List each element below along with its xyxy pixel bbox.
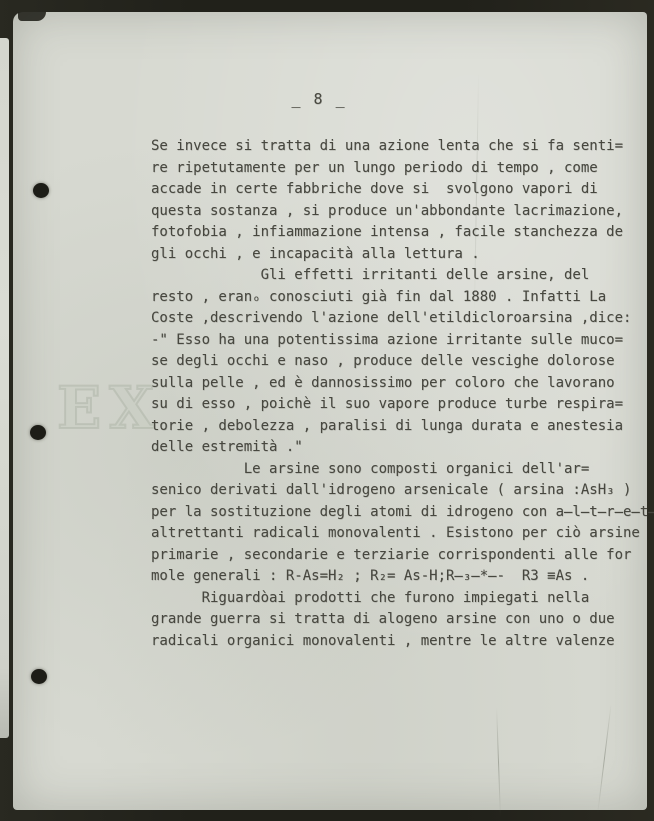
text-line: altrettanti radicali monovalenti . Esist… (151, 523, 654, 545)
scan-background: EX _ 8 _ Se invece si tratta di una azio… (0, 0, 654, 821)
paper-crease (597, 702, 612, 813)
text-line: torie , debolezza , paralisi di lunga du… (151, 416, 654, 438)
punch-hole (33, 183, 49, 198)
text-line: gli occhi , e incapacità alla lettura . (151, 244, 654, 266)
adjacent-page-edge (0, 38, 9, 738)
text-line: radicali organici monovalenti , mentre l… (151, 631, 654, 653)
text-line: questa sostanza , si produce un'abbondan… (151, 201, 654, 223)
typewritten-text: Se invece si tratta di una azione lenta … (151, 136, 654, 652)
text-line: delle estremità ." (151, 437, 654, 459)
paper: EX _ 8 _ Se invece si tratta di una azio… (13, 12, 647, 810)
text-line: Coste ,descrivendo l'azione dell'etildic… (151, 308, 654, 330)
text-line: mole generali : R-As=H₂ ; R₂= As-H;R̶₃̶*… (151, 566, 654, 588)
text-line: grande guerra si tratta di alogeno arsin… (151, 609, 654, 631)
page-number: _ 8 _ (259, 90, 379, 108)
text-line: per la sostituzione degli atomi di idrog… (151, 502, 654, 524)
text-line: Le arsine sono composti organici dell'ar… (151, 459, 654, 481)
text-line: se degli occhi e naso , produce delle ve… (151, 351, 654, 373)
text-line: accade in certe fabbriche dove si svolgo… (151, 179, 654, 201)
text-line: senico derivati dall'idrogeno arsenicale… (151, 480, 654, 502)
text-line: Gli effetti irritanti delle arsine, del (151, 265, 654, 287)
watermark-text: EX (57, 374, 162, 442)
punch-hole (30, 425, 46, 440)
text-line: su di esso , poichè il suo vapore produc… (151, 394, 654, 416)
corner-notch (18, 12, 46, 21)
text-line: Riguardòai prodotti che furono impiegati… (151, 588, 654, 610)
text-line: sulla pelle , ed è dannosissimo per colo… (151, 373, 654, 395)
text-line: primarie , secondarie e terziarie corris… (151, 545, 654, 567)
text-line: -" Esso ha una potentissima azione irrit… (151, 330, 654, 352)
text-line: fotofobia , infiammazione intensa , faci… (151, 222, 654, 244)
paper-crease (496, 707, 501, 817)
punch-hole (31, 669, 47, 684)
text-line: Se invece si tratta di una azione lenta … (151, 136, 654, 158)
text-line: resto , eranₒ conosciuti già fin dal 188… (151, 287, 654, 309)
text-line: re ripetutamente per un lungo periodo di… (151, 158, 654, 180)
